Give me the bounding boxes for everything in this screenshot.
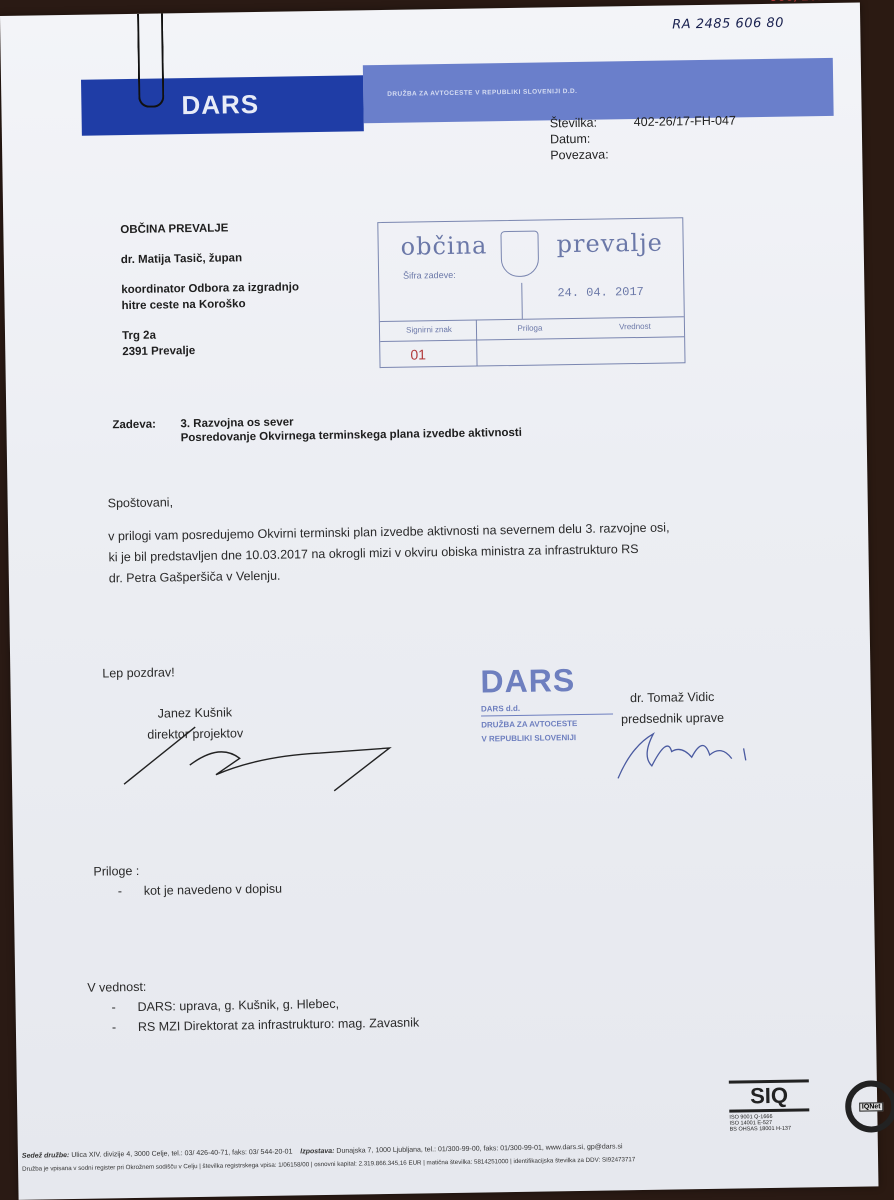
closing: Lep pozdrav! (102, 665, 174, 680)
recipient-city: 2391 Prevalje (122, 341, 300, 360)
receipt-number: 01 (410, 346, 426, 362)
greeting: Spoštovani, (108, 485, 828, 510)
receipt-stamp: občina prevalje Šifra zadeve: 24. 04. 20… (377, 217, 685, 368)
signature-right-icon (611, 714, 772, 787)
attachments: Priloge : -kot je navedeno v dopisu (93, 862, 282, 899)
cc-item: -DARS: uprava, g. Kušnik, g. Hlebec, (111, 996, 419, 1015)
letter-page: 966/2017 RA 2485 606 80 DARS DRUŽBA ZA A… (0, 2, 878, 1199)
document-meta: Številka: 402-26/17-FH-047 Datum: Poveza… (550, 112, 737, 163)
siq-logo-icon: SIQ (729, 1084, 809, 1107)
signatory-right-name: dr. Tomaž Vidic (621, 687, 724, 710)
receipt-date: 24. 04. 2017 (557, 285, 644, 300)
dars-logo: DARS (181, 89, 259, 121)
meta-row-link: Povezava: (550, 144, 736, 163)
signature-left-icon (119, 710, 410, 805)
letter-footer: Sedež družbe: Ulica XIV. divizije 4, 300… (22, 1140, 636, 1176)
attachment-item: -kot je navedeno v dopisu (118, 882, 282, 899)
coat-of-arms-icon (500, 231, 539, 278)
recipient-role: koordinator Odbora za izgradnjo (121, 279, 299, 298)
meta-row-number: Številka: 402-26/17-FH-047 (550, 112, 736, 131)
red-handwritten-note: 966/2017 (770, 0, 833, 5)
paper-clip-icon (137, 13, 164, 107)
handwritten-reference: RA 2485 606 80 (672, 16, 784, 33)
cc-list: V vednost: -DARS: uprava, g. Kušnik, g. … (87, 976, 419, 1035)
iqnet-logo-icon: IQNet (845, 1080, 894, 1133)
cc-item: -RS MZI Direktorat za infrastrukturo: ma… (112, 1016, 420, 1035)
letter-body: Spoštovani, v prilogi vam posredujemo Ok… (108, 485, 829, 589)
body-paragraph: v prilogi vam posredujemo Okvirni termin… (108, 515, 829, 589)
siq-certification: SIQ ISO 9001 Q-1666 ISO 14001 E-527 BS O… (729, 1077, 810, 1132)
recipient-address: OBČINA PREVALJE dr. Matija Tasič, župan … (120, 219, 300, 360)
company-stamp: DARS DARS d.d. DRUŽBA ZA AVTOCESTE V REP… (480, 661, 613, 744)
document-number: 402-26/17-FH-047 (634, 112, 736, 130)
